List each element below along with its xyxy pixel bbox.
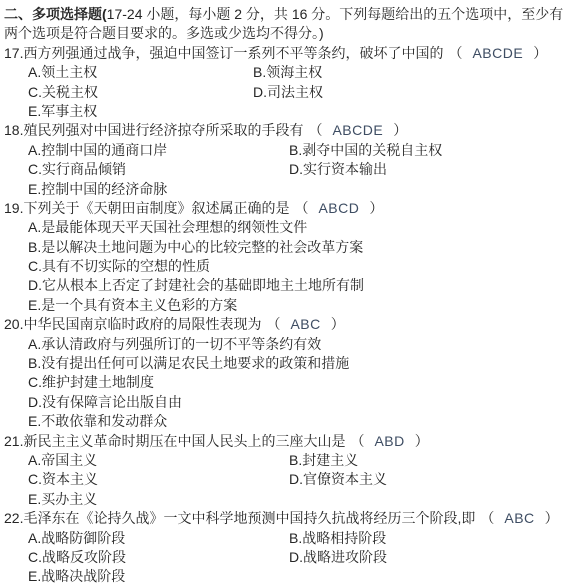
option-text: 封建主义: [302, 452, 358, 468]
question-text: 中华民国南京临时政府的局限性表现为: [23, 316, 261, 332]
option-text: 战略相持阶段: [302, 530, 386, 546]
option-label: B.: [28, 355, 41, 371]
answer-letters: ABCDE: [472, 45, 523, 61]
option-label: B.: [289, 530, 302, 546]
answer-letters: ABD: [374, 433, 404, 449]
question-22: 22.毛泽东在《论持久战》一文中科学地预测中国持久抗战将经历三个阶段,即（ABC…: [0, 509, 571, 587]
option-text: 司法主权: [267, 84, 323, 100]
answer-paren-open: （: [448, 45, 462, 61]
question-stem: 19.下列关于《天朝田亩制度》叙述属正确的是（ABCD）: [0, 199, 571, 218]
option-a: A.战略防御阶段: [28, 529, 289, 548]
question-text: 殖民列强对中国进行经济掠夺所采取的手段有: [23, 122, 303, 138]
option-b: B.封建主义: [289, 452, 358, 468]
option-row: A.是最能体现天平天国社会理想的纲领性文件: [0, 218, 571, 237]
option-e: E.不敢依靠和发动群众: [28, 413, 167, 429]
option-text: 不敢依靠和发动群众: [41, 413, 167, 429]
option-row: E.战略决战阶段: [0, 567, 571, 586]
section-instructions-line1: 17-24 小题，每小题 2 分，共 16 分。下列每题给出的五个选项中，至少有: [107, 6, 564, 22]
option-label: A.: [28, 219, 41, 235]
option-text: 控制中国的经济命脉: [41, 181, 167, 197]
option-label: A.: [28, 142, 41, 158]
question-number: 20.: [4, 316, 23, 332]
answer-paren-open: （: [480, 510, 494, 526]
section-instructions-text: 两个选项是符合题目要求的。多选或少选均不得分。): [4, 25, 324, 41]
exam-page: 二、多项选择题(17-24 小题，每小题 2 分，共 16 分。下列每题给出的五…: [0, 0, 571, 587]
option-label: D.: [253, 84, 267, 100]
option-text: 没有提出任何可以满足农民土地要求的政策和措施: [41, 355, 349, 371]
option-row: A.战略防御阶段B.战略相持阶段: [0, 529, 571, 548]
option-e: E.控制中国的经济命脉: [28, 181, 167, 197]
option-label: D.: [289, 549, 303, 565]
option-text: 帝国主义: [41, 452, 97, 468]
option-row: E.控制中国的经济命脉: [0, 180, 571, 199]
option-e: E.战略决战阶段: [28, 568, 125, 584]
answer-paren-open: （: [294, 200, 308, 216]
question-stem: 21.新民主主义革命时期压在中国人民头上的三座大山是（ABD）: [0, 432, 571, 451]
option-row: C.关税主权D.司法主权: [0, 83, 571, 102]
question-stem: 18.殖民列强对中国进行经济掠夺所采取的手段有（ABCDE）: [0, 121, 571, 140]
option-text: 实行商品倾销: [42, 161, 126, 177]
option-label: C.: [28, 84, 42, 100]
option-b: B.领海主权: [253, 64, 322, 80]
option-label: E.: [28, 413, 41, 429]
option-text: 是最能体现天平天国社会理想的纲领性文件: [41, 219, 307, 235]
option-text: 战略进攻阶段: [303, 549, 387, 565]
option-text: 买办主义: [41, 491, 97, 507]
question-number: 17.: [4, 45, 23, 61]
answer-letters: ABCD: [318, 200, 359, 216]
option-d: D.实行资本输出: [289, 161, 387, 177]
option-row: E.不敢依靠和发动群众: [0, 412, 571, 431]
answer-paren-open: （: [308, 122, 322, 138]
answer-paren-open: （: [350, 433, 364, 449]
option-b: B.是以解决土地问题为中心的比较完整的社会改革方案: [28, 239, 363, 255]
option-row: A.领土主权B.领海主权: [0, 63, 571, 82]
option-label: B.: [289, 142, 302, 158]
option-c: C.战略反攻阶段: [28, 548, 289, 567]
option-b: B.没有提出任何可以满足农民土地要求的政策和措施: [28, 355, 349, 371]
option-b: B.战略相持阶段: [289, 530, 386, 546]
option-label: D.: [289, 471, 303, 487]
question-20: 20.中华民国南京临时政府的局限性表现为（ABC） A.承认清政府与列强所订的一…: [0, 315, 571, 431]
answer-letters: ABC: [504, 510, 534, 526]
option-text: 军事主权: [41, 103, 97, 119]
option-c: C.关税主权: [28, 83, 253, 102]
question-number: 22.: [4, 510, 23, 526]
question-17: 17.西方列强通过战争，强迫中国签订一系列不平等条约，破坏了中国的（ABCDE）…: [0, 44, 571, 122]
option-label: C.: [28, 258, 42, 274]
section-instructions-line2: 两个选项是符合题目要求的。多选或少选均不得分。): [0, 24, 571, 43]
option-row: C.具有不切实际的空想的性质: [0, 257, 571, 276]
option-text: 资本主义: [42, 471, 98, 487]
question-text: 新民主主义革命时期压在中国人民头上的三座大山是: [23, 433, 345, 449]
question-text: 下列关于《天朝田亩制度》叙述属正确的是: [23, 200, 289, 216]
option-a: A.帝国主义: [28, 451, 289, 470]
option-row: E.军事主权: [0, 102, 571, 121]
option-c: C.资本主义: [28, 470, 289, 489]
option-label: A.: [28, 64, 41, 80]
option-text: 维护封建土地制度: [42, 374, 154, 390]
option-text: 控制中国的通商口岸: [41, 142, 167, 158]
option-row: D.它从根本上否定了封建社会的基础即地主土地所有制: [0, 276, 571, 295]
option-text: 关税主权: [42, 84, 98, 100]
option-label: C.: [28, 549, 42, 565]
option-label: C.: [28, 161, 42, 177]
option-text: 领土主权: [41, 64, 97, 80]
option-label: E.: [28, 103, 41, 119]
option-text: 剥夺中国的关税自主权: [302, 142, 442, 158]
option-c: C.具有不切实际的空想的性质: [28, 258, 210, 274]
question-number: 18.: [4, 122, 23, 138]
option-label: D.: [28, 277, 42, 293]
answer-paren-close: ）: [545, 510, 559, 526]
option-d: D.没有保障言论出版自由: [28, 394, 182, 410]
option-a: A.领土主权: [28, 63, 253, 82]
option-row: B.没有提出任何可以满足农民土地要求的政策和措施: [0, 354, 571, 373]
question-stem: 22.毛泽东在《论持久战》一文中科学地预测中国持久抗战将经历三个阶段,即（ABC…: [0, 509, 571, 528]
option-text: 战略反攻阶段: [42, 549, 126, 565]
option-label: A.: [28, 452, 41, 468]
question-18: 18.殖民列强对中国进行经济掠夺所采取的手段有（ABCDE） A.控制中国的通商…: [0, 121, 571, 199]
question-text: 毛泽东在《论持久战》一文中科学地预测中国持久抗战将经历三个阶段,即: [23, 510, 475, 526]
option-label: E.: [28, 297, 41, 313]
option-row: C.实行商品倾销D.实行资本输出: [0, 160, 571, 179]
option-e: E.买办主义: [28, 491, 97, 507]
option-label: D.: [289, 161, 303, 177]
option-text: 实行资本输出: [303, 161, 387, 177]
option-c: C.维护封建土地制度: [28, 374, 154, 390]
option-label: A.: [28, 336, 41, 352]
question-stem: 17.西方列强通过战争，强迫中国签订一系列不平等条约，破坏了中国的（ABCDE）: [0, 44, 571, 63]
answer-paren-close: ）: [533, 45, 547, 61]
option-row: E.买办主义: [0, 490, 571, 509]
answer-paren-close: ）: [393, 122, 407, 138]
option-row: A.控制中国的通商口岸B.剥夺中国的关税自主权: [0, 141, 571, 160]
option-label: E.: [28, 181, 41, 197]
option-row: B.是以解决土地问题为中心的比较完整的社会改革方案: [0, 238, 571, 257]
answer-letters: ABC: [290, 316, 320, 332]
option-text: 它从根本上否定了封建社会的基础即地主土地所有制: [42, 277, 364, 293]
option-d: D.官僚资本主义: [289, 471, 387, 487]
question-19: 19.下列关于《天朝田亩制度》叙述属正确的是（ABCD） A.是最能体现天平天国…: [0, 199, 571, 315]
option-d: D.司法主权: [253, 84, 323, 100]
question-stem: 20.中华民国南京临时政府的局限性表现为（ABC）: [0, 315, 571, 334]
option-label: B.: [28, 239, 41, 255]
option-text: 具有不切实际的空想的性质: [42, 258, 210, 274]
option-a: A.承认清政府与列强所订的一切不平等条约有效: [28, 336, 321, 352]
option-text: 战略防御阶段: [41, 530, 125, 546]
option-text: 是以解决土地问题为中心的比较完整的社会改革方案: [41, 239, 363, 255]
option-c: C.实行商品倾销: [28, 160, 289, 179]
option-label: D.: [28, 394, 42, 410]
option-row: C.资本主义D.官僚资本主义: [0, 470, 571, 489]
option-label: A.: [28, 530, 41, 546]
option-row: A.帝国主义B.封建主义: [0, 451, 571, 470]
option-label: B.: [289, 452, 302, 468]
option-row: E.是一个具有资本主义色彩的方案: [0, 296, 571, 315]
section-title: 二、多项选择题(: [4, 6, 107, 22]
option-text: 领海主权: [266, 64, 322, 80]
answer-paren-close: ）: [331, 316, 345, 332]
answer-paren-close: ）: [369, 200, 383, 216]
option-label: E.: [28, 491, 41, 507]
answer-paren-close: ）: [415, 433, 429, 449]
option-row: D.没有保障言论出版自由: [0, 393, 571, 412]
option-d: D.战略进攻阶段: [289, 549, 387, 565]
section-header: 二、多项选择题(17-24 小题，每小题 2 分，共 16 分。下列每题给出的五…: [0, 5, 571, 24]
option-text: 是一个具有资本主义色彩的方案: [41, 297, 237, 313]
question-text: 西方列强通过战争，强迫中国签订一系列不平等条约，破坏了中国的: [23, 45, 443, 61]
option-e: E.是一个具有资本主义色彩的方案: [28, 297, 237, 313]
question-number: 19.: [4, 200, 23, 216]
option-row: C.维护封建土地制度: [0, 373, 571, 392]
option-b: B.剥夺中国的关税自主权: [289, 142, 442, 158]
option-label: C.: [28, 374, 42, 390]
option-text: 没有保障言论出版自由: [42, 394, 182, 410]
answer-letters: ABCDE: [332, 122, 383, 138]
option-text: 官僚资本主义: [303, 471, 387, 487]
answer-paren-open: （: [266, 316, 280, 332]
option-row: A.承认清政府与列强所订的一切不平等条约有效: [0, 335, 571, 354]
option-d: D.它从根本上否定了封建社会的基础即地主土地所有制: [28, 277, 364, 293]
option-text: 战略决战阶段: [41, 568, 125, 584]
option-label: E.: [28, 568, 41, 584]
option-text: 承认清政府与列强所订的一切不平等条约有效: [41, 336, 321, 352]
option-a: A.控制中国的通商口岸: [28, 141, 289, 160]
option-label: B.: [253, 64, 266, 80]
question-21: 21.新民主主义革命时期压在中国人民头上的三座大山是（ABD） A.帝国主义B.…: [0, 432, 571, 510]
option-row: C.战略反攻阶段D.战略进攻阶段: [0, 548, 571, 567]
option-a: A.是最能体现天平天国社会理想的纲领性文件: [28, 219, 307, 235]
question-number: 21.: [4, 433, 23, 449]
option-label: C.: [28, 471, 42, 487]
option-e: E.军事主权: [28, 103, 97, 119]
